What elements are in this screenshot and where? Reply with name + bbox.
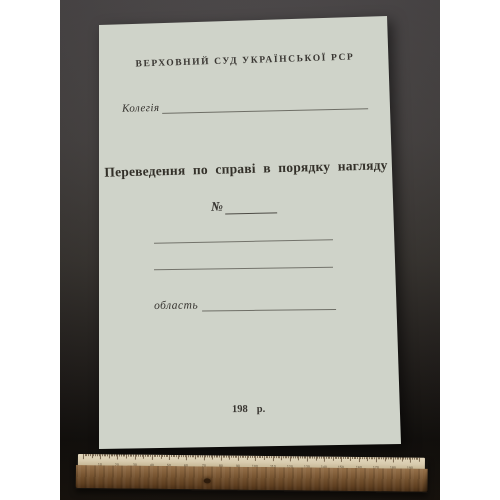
year-line: 198 р. [232, 404, 265, 418]
region-row: область [154, 293, 336, 312]
wooden-ruler: 1020304050607080901001101201301401501601… [76, 454, 428, 493]
document-cover: ВЕРХОВНИЙ СУД УКРАЇНСЬКОЇ РСР Колегія Пе… [96, 12, 402, 454]
ruler-end-cut [422, 469, 428, 492]
collegium-label: Колегія [122, 102, 163, 115]
ruler-wood-body [76, 465, 428, 492]
collegium-row: Колегія [122, 93, 368, 115]
case-number-label: № [211, 198, 225, 214]
case-number-blank-line [225, 197, 277, 214]
table-surface: ВЕРХОВНИЙ СУД УКРАЇНСЬКОЇ РСР Колегія Пе… [60, 0, 440, 500]
region-label: область [154, 299, 202, 312]
region-blank-line [202, 296, 336, 311]
blank-line-2 [154, 267, 333, 270]
case-number-row: № [211, 195, 281, 214]
document-title: Переведення по справі в порядку нагляду [96, 157, 396, 181]
year-prefix: 198 [232, 404, 248, 418]
paper-sheet: ВЕРХОВНИЙ СУД УКРАЇНСЬКОЇ РСР Колегія Пе… [96, 12, 402, 454]
ruler-ticks: 1020304050607080901001101201301401501601… [78, 454, 425, 458]
photo-matte: ВЕРХОВНИЙ СУД УКРАЇНСЬКОЇ РСР Колегія Пе… [0, 0, 500, 500]
blank-line-1 [154, 239, 333, 243]
collegium-blank-line [162, 95, 368, 114]
ruler-tick [419, 458, 420, 462]
year-suffix: р. [257, 404, 266, 418]
wood-knot [204, 478, 211, 483]
court-header: ВЕРХОВНИЙ СУД УКРАЇНСЬКОЇ РСР [96, 51, 394, 70]
